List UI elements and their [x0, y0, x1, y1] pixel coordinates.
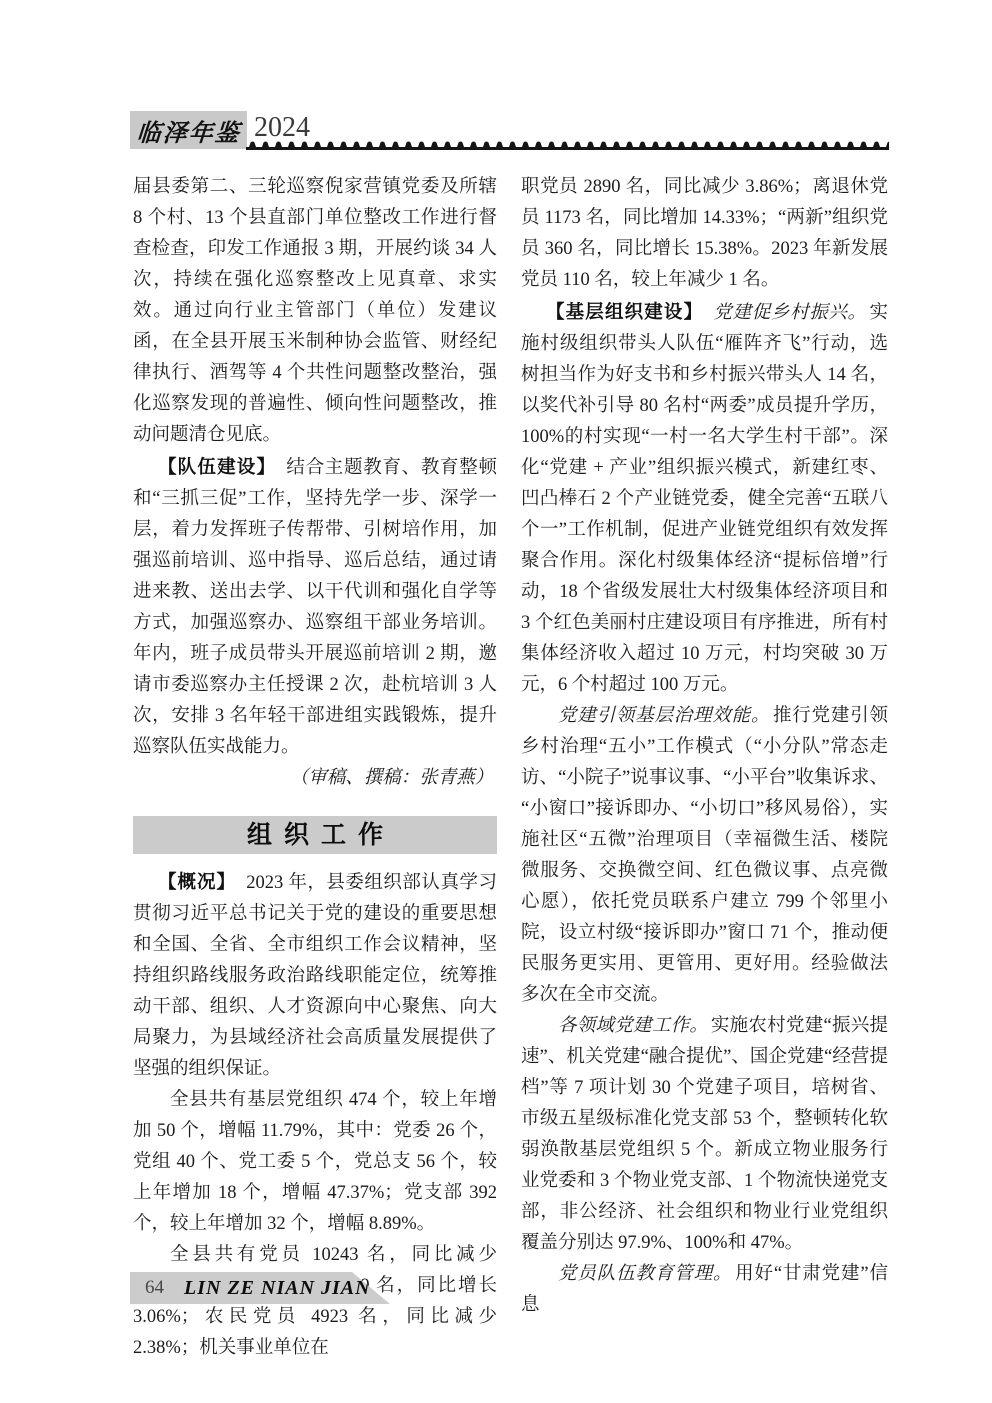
entry-head-team-building: 【队伍建设】: [158, 456, 276, 477]
entry-body-grassroots-governance: 推行党建引领乡村治理“五小”工作模式（“小分队”常态走访、“小院子”说事议事、“…: [521, 706, 888, 1005]
entry-body-overview: 2023 年，县委组织部认真学习贯彻习近平总书记关于党的建设的重要思想和全国、全…: [133, 873, 497, 1079]
entry-lead-sector-party-building: 各领域党建工作。: [558, 1016, 708, 1036]
paragraph-team-building: 【队伍建设】结合主题教育、教育整顿和“三抓三促”工作，坚持先学一步、深学一层，着…: [133, 451, 497, 763]
right-column: 职党员 2890 名，同比减少 3.86%；离退休党员 1173 名，同比增加 …: [521, 172, 888, 1321]
section-heading-text: 组织工作: [235, 820, 395, 851]
entry-body-sector-party-building: 实施农村党建“振兴提速”、机关党建“融合提优”、国企党建“经营提档”等 7 项计…: [521, 1016, 888, 1253]
entry-body-rural-revitalization: 实施村级组织带头人队伍“雁阵齐飞”行动，选树担当作为好支书和乡村振兴带头人 14…: [521, 303, 888, 695]
zigzag-divider-icon: [246, 140, 889, 151]
paragraph-grassroots-governance: 党建引领基层治理效能。推行党建引领乡村治理“五小”工作模式（“小分队”常态走访、…: [521, 701, 888, 1011]
left-column: 届县委第二、三轮巡察倪家营镇党委及所辖 8 个村、13 个县直部门单位整改工作进…: [133, 172, 497, 1364]
footer-romanized-title: LIN ZE NIAN JIAN: [184, 1277, 371, 1300]
entry-lead-rural-revitalization: 党建促乡村振兴。: [713, 303, 866, 323]
footer-tab: 64 LIN ZE NIAN JIAN: [130, 1272, 390, 1304]
entry-head-grassroots-organization: 【基层组织建设】: [546, 301, 703, 322]
yearbook-logo-box: 临泽年鉴: [130, 111, 247, 149]
yearbook-title-calligraphy: 临泽年鉴: [135, 113, 241, 148]
entry-lead-member-education: 党员队伍教育管理。: [558, 1264, 732, 1284]
yearbook-page: 临泽年鉴 2024 届县委第二、三轮巡察倪家营镇党委及所辖 8 个村、13 个县…: [0, 0, 992, 1403]
paragraph-party-organizations-stats: 全县共有基层党组织 474 个，较上年增加 50 个，增幅 11.79%，其中：…: [133, 1085, 497, 1240]
paragraph-inspection-rectification: 届县委第二、三轮巡察倪家营镇党委及所辖 8 个村、13 个县直部门单位整改工作进…: [133, 172, 497, 451]
entry-head-overview: 【概况】: [158, 871, 236, 892]
paragraph-member-education: 党员队伍教育管理。用好“甘肃党建”信息: [521, 1259, 888, 1321]
paragraph-overview: 【概况】2023 年，县委组织部认真学习贯彻习近平总书记关于党的建设的重要思想和…: [133, 866, 497, 1085]
page-number: 64: [145, 1277, 164, 1299]
entry-body-team-building: 结合主题教育、教育整顿和“三抓三促”工作，坚持先学一步、深学一层，着力发挥班子传…: [133, 458, 497, 757]
paragraph-grassroots-organization: 【基层组织建设】党建促乡村振兴。实施村级组织带头人队伍“雁阵齐飞”行动，选树担当…: [521, 296, 888, 701]
paragraph-members-stats-continued: 职党员 2890 名，同比减少 3.86%；离退休党员 1173 名，同比增加 …: [521, 172, 888, 296]
section-heading-organization-work: 组织工作: [133, 816, 497, 854]
entry-lead-grassroots-governance: 党建引领基层治理效能。: [558, 706, 770, 726]
credit-line: （审稿、撰稿：张青燕）: [133, 763, 497, 794]
paragraph-sector-party-building: 各领域党建工作。实施农村党建“振兴提速”、机关党建“融合提优”、国企党建“经营提…: [521, 1011, 888, 1259]
